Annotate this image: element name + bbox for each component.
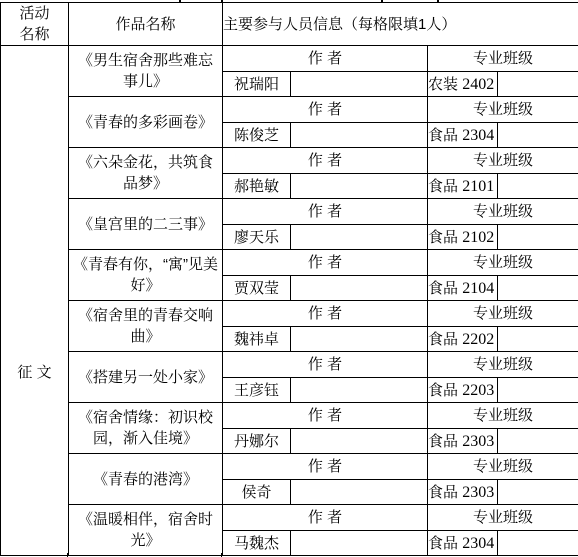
author-name-cell: 丹娜尔 bbox=[223, 429, 291, 454]
table-row: 《宿舍里的青春交响曲》 作 者 专业班级 bbox=[1, 301, 578, 327]
activity-name-label: 征 文 bbox=[1, 362, 68, 383]
author-name-cell: 祝瑞阳 bbox=[223, 72, 291, 97]
author-subheader: 作 者 bbox=[223, 301, 428, 327]
class-subheader: 专业班级 bbox=[428, 403, 578, 429]
author-name-cell: 陈俊芝 bbox=[223, 123, 291, 148]
author-name-cell: 郝艳敏 bbox=[223, 174, 291, 199]
class-cell: 食品 2101 bbox=[428, 174, 498, 199]
author-name-cell: 马魏杰 bbox=[223, 531, 291, 556]
work-title-cell: 《六朵金花，共筑食品梦》 bbox=[69, 148, 223, 199]
table-row: 征 文 《男生宿舍那些难忘事儿》 作 者 专业班级 bbox=[1, 46, 578, 72]
work-title-cell: 《青春有你，“寓”见美好》 bbox=[69, 250, 223, 301]
activity-header-line1: 活动 bbox=[1, 3, 68, 24]
work-title: 《青春的港湾》 bbox=[69, 469, 222, 490]
class-number: 2402 bbox=[462, 76, 494, 93]
class-number: 2303 bbox=[462, 484, 494, 501]
table-row: 《青春的多彩画卷》 作 者 专业班级 bbox=[1, 97, 578, 123]
class-number: 2101 bbox=[462, 178, 494, 195]
cropped-bottom-gridline bbox=[221, 553, 223, 557]
author-name-cell: 廖天乐 bbox=[223, 225, 291, 250]
class-subheader: 专业班级 bbox=[428, 46, 578, 72]
author-empty-cell bbox=[291, 72, 428, 97]
class-cell: 农装 2402 bbox=[428, 72, 498, 97]
author-empty-cell bbox=[291, 123, 428, 148]
class-subheader: 专业班级 bbox=[428, 301, 578, 327]
author-empty-cell bbox=[291, 174, 428, 199]
work-title: 《青春的多彩画卷》 bbox=[69, 112, 222, 133]
table-row: 《青春有你，“寓”见美好》 作 者 专业班级 bbox=[1, 250, 578, 276]
cropped-top-gridline bbox=[437, 0, 439, 2]
class-empty-cell bbox=[498, 531, 578, 556]
cropped-bottom-gridline bbox=[67, 553, 69, 557]
author-name-cell: 魏祎卓 bbox=[223, 327, 291, 352]
class-empty-cell bbox=[498, 480, 578, 505]
work-title: 《搭建另一处小家》 bbox=[69, 367, 222, 388]
table-row: 《六朵金花，共筑食品梦》 作 者 专业班级 bbox=[1, 148, 578, 174]
table-row: 《温暖相伴，宿舍时光》 作 者 专业班级 bbox=[1, 505, 578, 531]
work-title-cell: 《搭建另一处小家》 bbox=[69, 352, 223, 403]
author-name-cell: 王彦钰 bbox=[223, 378, 291, 403]
class-subheader: 专业班级 bbox=[428, 352, 578, 378]
class-number: 2304 bbox=[462, 535, 494, 552]
author-subheader: 作 者 bbox=[223, 250, 428, 276]
table-row: 《青春的港湾》 作 者 专业班级 bbox=[1, 454, 578, 480]
author-name-cell: 侯奇 bbox=[223, 480, 291, 505]
work-title: 《宿舍里的青春交响曲》 bbox=[69, 305, 222, 347]
author-subheader: 作 者 bbox=[223, 352, 428, 378]
author-empty-cell bbox=[291, 378, 428, 403]
major-label: 食品 bbox=[428, 178, 458, 195]
author-subheader: 作 者 bbox=[223, 46, 428, 72]
class-number: 2303 bbox=[462, 433, 494, 450]
work-title-cell: 《青春的多彩画卷》 bbox=[69, 97, 223, 148]
class-empty-cell bbox=[498, 429, 578, 454]
work-title-cell: 《男生宿舍那些难忘事儿》 bbox=[69, 46, 223, 97]
author-empty-cell bbox=[291, 327, 428, 352]
class-empty-cell bbox=[498, 123, 578, 148]
class-empty-cell bbox=[498, 174, 578, 199]
class-empty-cell bbox=[498, 225, 578, 250]
class-subheader: 专业班级 bbox=[428, 505, 578, 531]
class-cell: 食品 2303 bbox=[428, 429, 498, 454]
work-title: 《男生宿舍那些难忘事儿》 bbox=[69, 50, 222, 92]
class-subheader: 专业班级 bbox=[428, 250, 578, 276]
major-label: 食品 bbox=[428, 127, 458, 144]
author-subheader: 作 者 bbox=[223, 148, 428, 174]
class-number: 2202 bbox=[462, 331, 494, 348]
major-label: 农装 bbox=[428, 76, 458, 93]
major-label: 食品 bbox=[428, 229, 458, 246]
author-empty-cell bbox=[291, 480, 428, 505]
work-title: 《青春有你，“寓”见美好》 bbox=[69, 254, 222, 296]
work-title-cell: 《温暖相伴，宿舍时光》 bbox=[69, 505, 223, 556]
class-subheader: 专业班级 bbox=[428, 148, 578, 174]
class-cell: 食品 2304 bbox=[428, 123, 498, 148]
table-row: 《宿舍情缘：初识校园，渐入佳境》 作 者 专业班级 bbox=[1, 403, 578, 429]
major-label: 食品 bbox=[428, 433, 458, 450]
work-title: 《宿舍情缘：初识校园，渐入佳境》 bbox=[69, 407, 222, 449]
document-table-screenshot: 活动 名称 作品名称 主要参与人员信息（每格限填1人） 征 文 《男生宿舍那些难… bbox=[0, 0, 578, 557]
class-empty-cell bbox=[498, 276, 578, 301]
author-subheader: 作 者 bbox=[223, 199, 428, 225]
cropped-top-gridline bbox=[179, 0, 181, 2]
participants-header: 主要参与人员信息（每格限填1人） bbox=[223, 3, 578, 46]
major-label: 食品 bbox=[428, 382, 458, 399]
class-subheader: 专业班级 bbox=[428, 97, 578, 123]
work-title: 《温暖相伴，宿舍时光》 bbox=[69, 509, 222, 551]
author-empty-cell bbox=[291, 531, 428, 556]
major-label: 食品 bbox=[428, 484, 458, 501]
class-empty-cell bbox=[498, 378, 578, 403]
major-label: 食品 bbox=[428, 331, 458, 348]
submissions-table: 活动 名称 作品名称 主要参与人员信息（每格限填1人） 征 文 《男生宿舍那些难… bbox=[0, 2, 578, 556]
class-subheader: 专业班级 bbox=[428, 199, 578, 225]
work-title: 《皇宫里的二三事》 bbox=[69, 214, 222, 235]
author-subheader: 作 者 bbox=[223, 97, 428, 123]
cropped-top-gridline bbox=[381, 0, 383, 2]
class-cell: 食品 2304 bbox=[428, 531, 498, 556]
class-empty-cell bbox=[498, 72, 578, 97]
activity-name-cell: 征 文 bbox=[1, 46, 69, 556]
author-name-cell: 贾双莹 bbox=[223, 276, 291, 301]
class-cell: 食品 2104 bbox=[428, 276, 498, 301]
major-label: 食品 bbox=[428, 535, 458, 552]
class-cell: 食品 2303 bbox=[428, 480, 498, 505]
class-number: 2304 bbox=[462, 127, 494, 144]
class-cell: 食品 2203 bbox=[428, 378, 498, 403]
cropped-top-gridline bbox=[221, 0, 223, 2]
work-title-cell: 《皇宫里的二三事》 bbox=[69, 199, 223, 250]
activity-header-line2: 名称 bbox=[1, 24, 68, 45]
class-number: 2104 bbox=[462, 280, 494, 297]
author-subheader: 作 者 bbox=[223, 454, 428, 480]
major-label: 食品 bbox=[428, 280, 458, 297]
author-empty-cell bbox=[291, 276, 428, 301]
table-row: 《皇宫里的二三事》 作 者 专业班级 bbox=[1, 199, 578, 225]
class-cell: 食品 2202 bbox=[428, 327, 498, 352]
class-subheader: 专业班级 bbox=[428, 454, 578, 480]
work-title-cell: 《宿舍里的青春交响曲》 bbox=[69, 301, 223, 352]
work-title-cell: 《青春的港湾》 bbox=[69, 454, 223, 505]
work-title-cell: 《宿舍情缘：初识校园，渐入佳境》 bbox=[69, 403, 223, 454]
table-header-row: 活动 名称 作品名称 主要参与人员信息（每格限填1人） bbox=[1, 3, 578, 46]
class-empty-cell bbox=[498, 327, 578, 352]
author-empty-cell bbox=[291, 225, 428, 250]
work-title: 《六朵金花，共筑食品梦》 bbox=[69, 152, 222, 194]
table-row: 《搭建另一处小家》 作 者 专业班级 bbox=[1, 352, 578, 378]
class-number: 2203 bbox=[462, 382, 494, 399]
class-cell: 食品 2102 bbox=[428, 225, 498, 250]
author-subheader: 作 者 bbox=[223, 403, 428, 429]
work-title-header: 作品名称 bbox=[69, 3, 223, 46]
activity-name-header: 活动 名称 bbox=[1, 3, 69, 46]
author-empty-cell bbox=[291, 429, 428, 454]
author-subheader: 作 者 bbox=[223, 505, 428, 531]
class-number: 2102 bbox=[462, 229, 494, 246]
